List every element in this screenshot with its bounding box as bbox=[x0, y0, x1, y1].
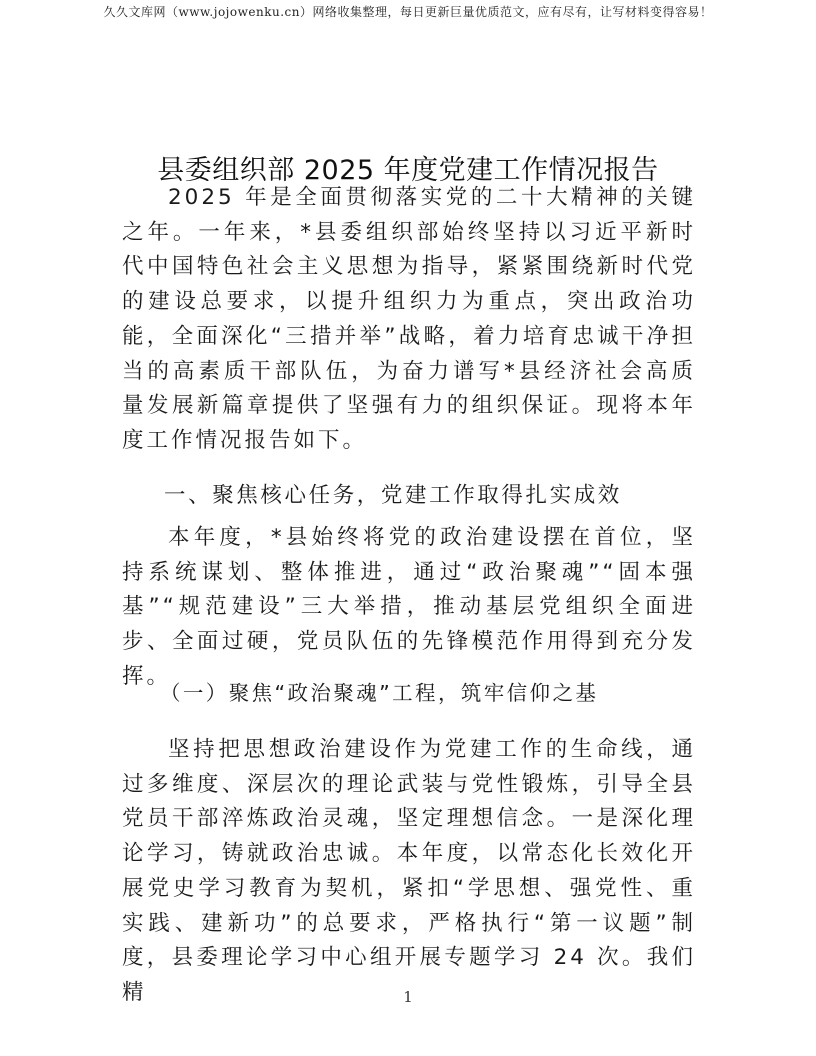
section-heading: 一、聚焦核心任务，党建工作取得扎实成效 bbox=[164, 478, 622, 509]
subsection-paragraph: 坚持把思想政治建设作为党建工作的生命线，通过多维度、深层次的理论武装与党性锻炼，… bbox=[122, 733, 696, 1011]
header-banner: 久久文库网（www.jojowenku.cn）网络收集整理，每日更新巨量优质范文… bbox=[0, 3, 816, 20]
page-number: 1 bbox=[0, 988, 816, 1006]
subsection-paragraph-block: 坚持把思想政治建设作为党建工作的生命线，通过多维度、深层次的理论武装与党性锻炼，… bbox=[122, 733, 696, 1011]
intro-paragraph: 2025 年是全面贯彻落实党的二十大精神的关键之年。一年来，*县委组织部始终坚持… bbox=[122, 181, 696, 459]
section-paragraph: 本年度，*县始终将党的政治建设摆在首位，坚持系统谋划、整体推进，通过“政治聚魂”… bbox=[122, 521, 696, 695]
intro-paragraph-block: 2025 年是全面贯彻落实党的二十大精神的关键之年。一年来，*县委组织部始终坚持… bbox=[122, 181, 696, 459]
subsection-heading: （一）聚焦“政治聚魂”工程，筑牢信仰之基 bbox=[160, 676, 598, 706]
section-paragraph-block: 本年度，*县始终将党的政治建设摆在首位，坚持系统谋划、整体推进，通过“政治聚魂”… bbox=[122, 521, 696, 695]
